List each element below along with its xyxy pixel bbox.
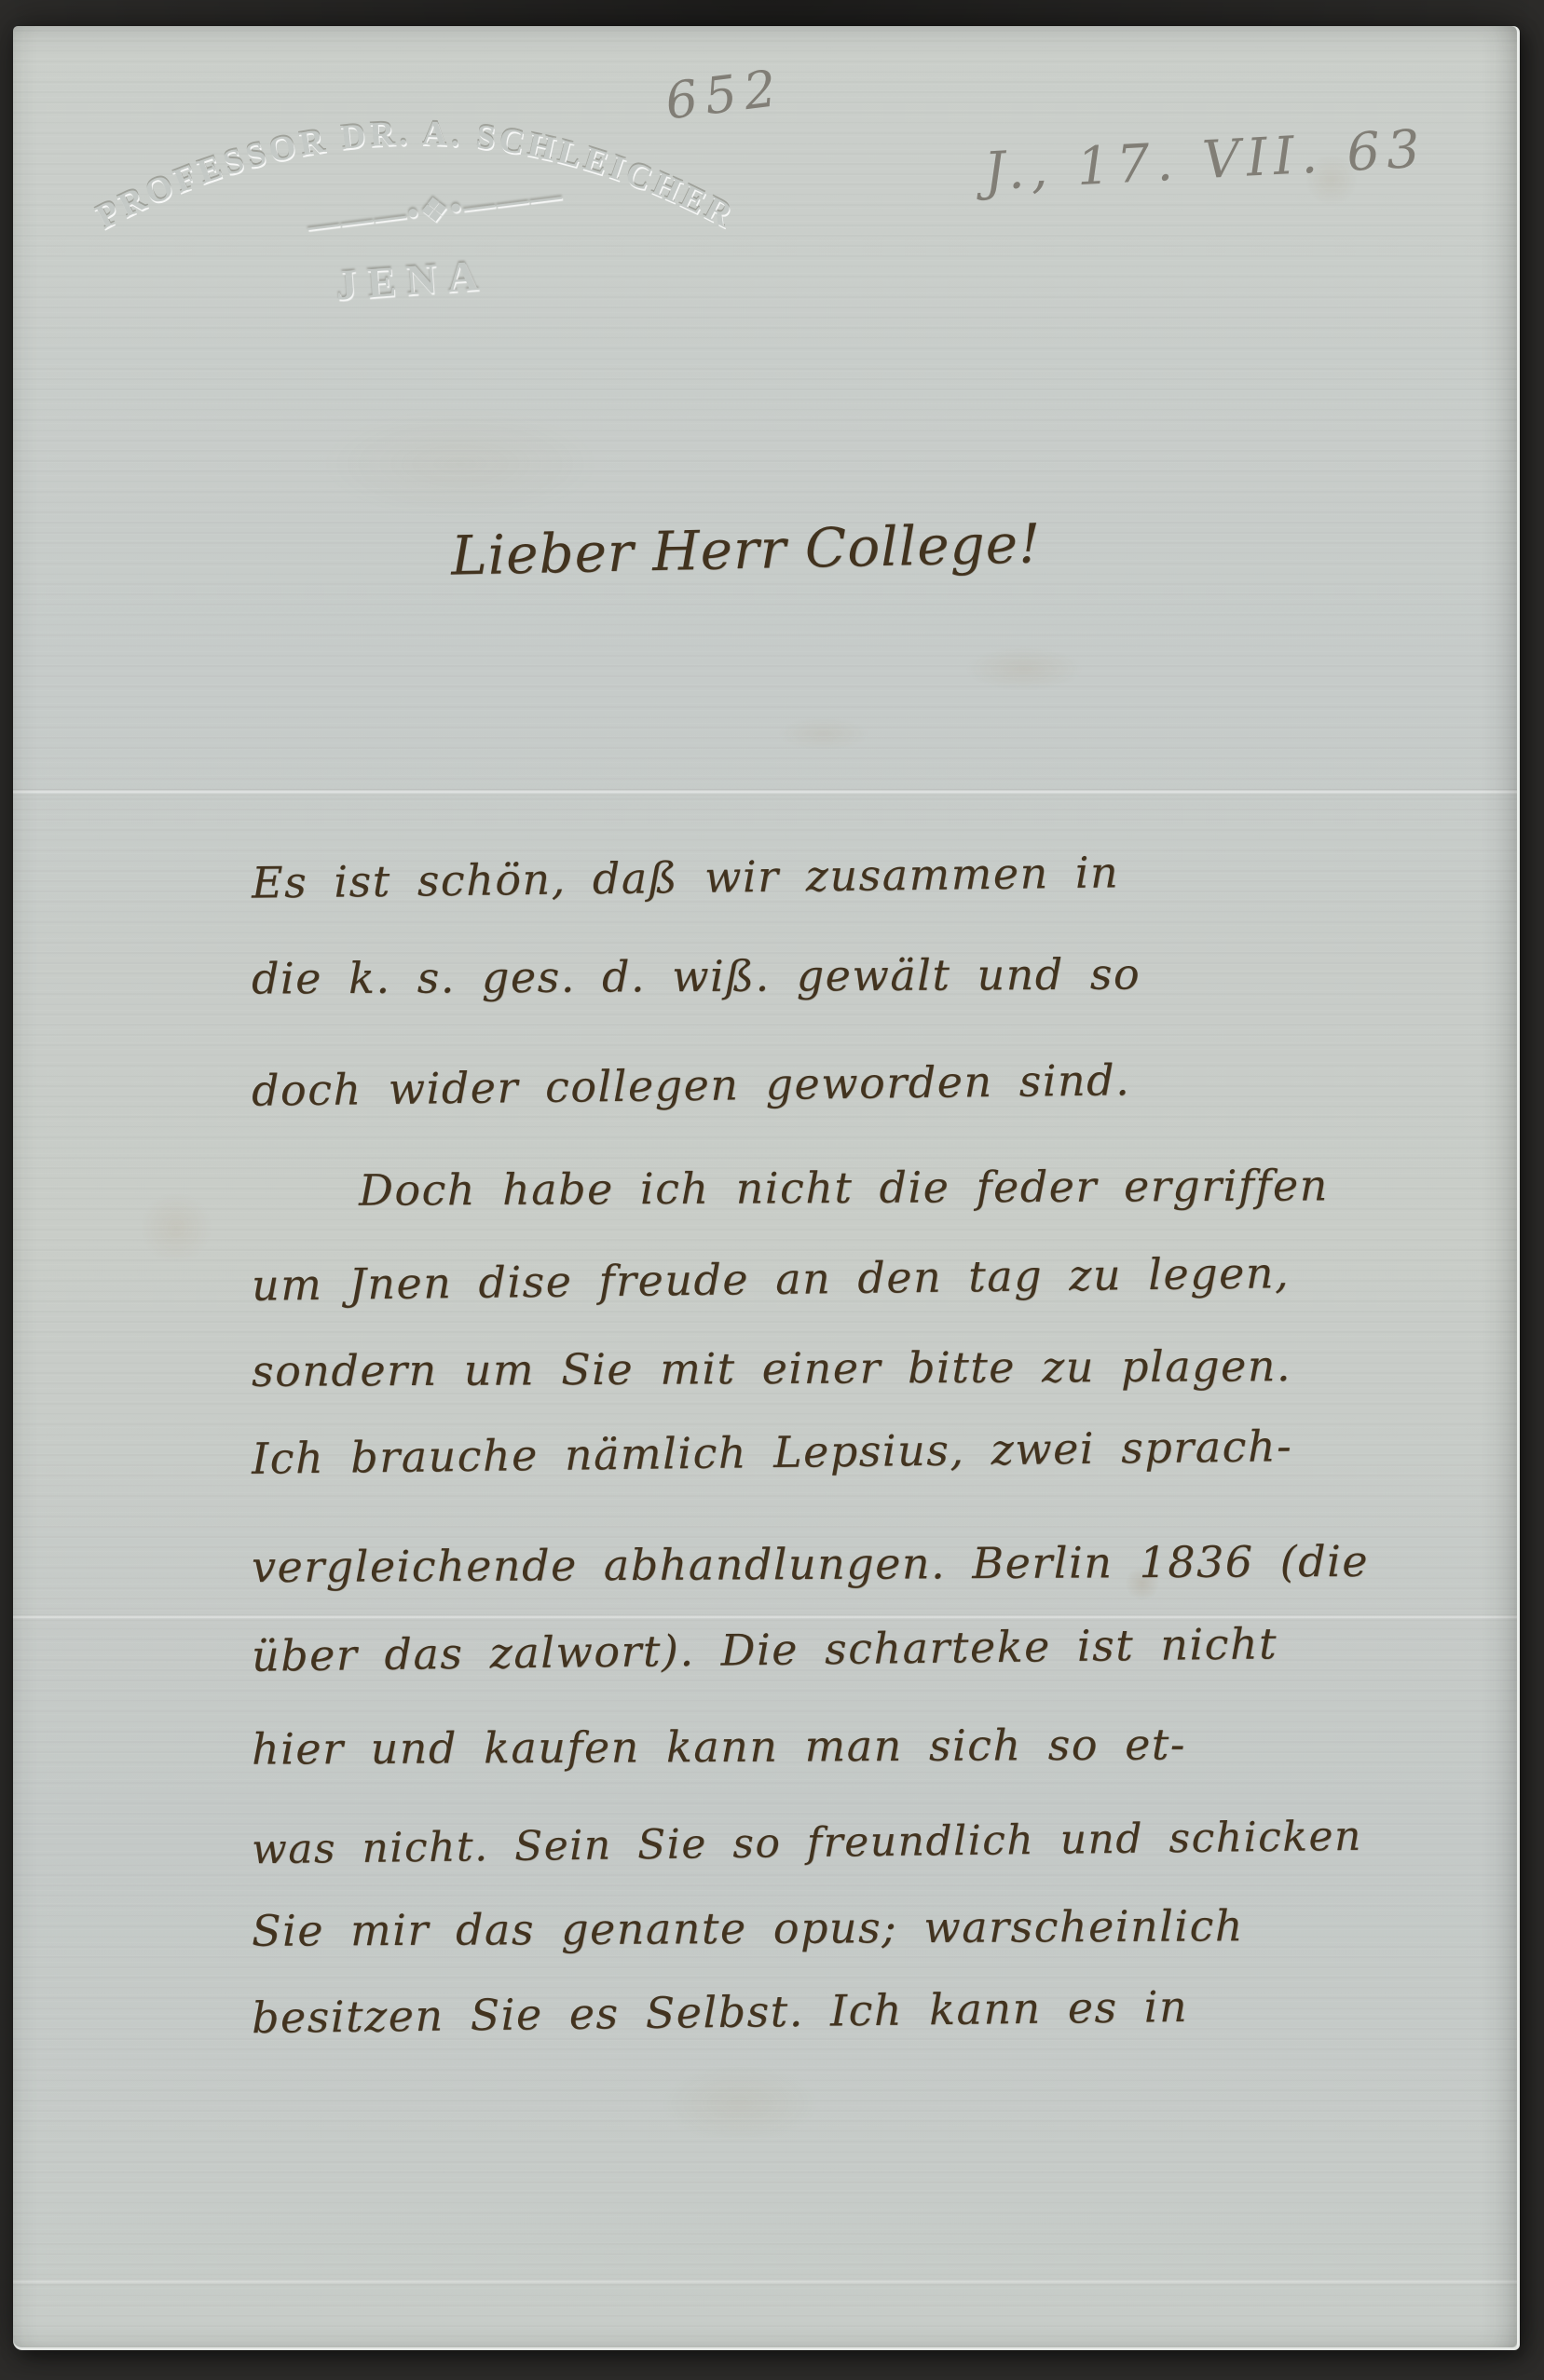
handwritten-line: über das zalwort). Die scharteke ist nic… bbox=[252, 1618, 1278, 1680]
scan-background: PROFESSOR DR. A. SCHLEICHER PROFESSOR DR… bbox=[0, 0, 1544, 2380]
fold-crease-bottom bbox=[13, 1614, 1517, 1621]
handwritten-line: hier und kaufen kann man sich so et- bbox=[252, 1719, 1186, 1774]
handwritten-line: besitzen Sie es Selbst. Ich kann es in bbox=[252, 1981, 1189, 2043]
handwritten-line: Doch habe ich nicht die feder ergriffen bbox=[359, 1160, 1329, 1215]
handwritten-line: die k. s. ges. d. wiß. gewält und so bbox=[252, 949, 1141, 1004]
salutation: Lieber Herr College! bbox=[450, 511, 1042, 587]
handwritten-line: um Jnen dise freude an den tag zu legen, bbox=[252, 1247, 1291, 1311]
handwritten-line: Ich brauche nämlich Lepsius, zwei sprach… bbox=[252, 1421, 1293, 1484]
date-annotation: J., 17. VII. 63 bbox=[983, 119, 1428, 203]
handwritten-line: Es ist schön, daß wir zusammen in bbox=[252, 847, 1120, 907]
handwritten-line: vergleichende abhandlungen. Berlin 1836 … bbox=[252, 1536, 1369, 1592]
handwritten-line: was nicht. Sein Sie so freundlich und sc… bbox=[252, 1813, 1362, 1874]
letter-page: PROFESSOR DR. A. SCHLEICHER PROFESSOR DR… bbox=[13, 26, 1520, 2350]
handwritten-line: Sie mir das genante opus; warscheinlich bbox=[252, 1900, 1244, 1956]
fold-crease-faint bbox=[13, 2278, 1517, 2285]
fold-crease-top bbox=[13, 789, 1517, 796]
handwritten-line: sondern um Sie mit einer bitte zu plagen… bbox=[252, 1340, 1291, 1396]
handwritten-line: doch wider collegen geworden sind. bbox=[252, 1054, 1131, 1116]
